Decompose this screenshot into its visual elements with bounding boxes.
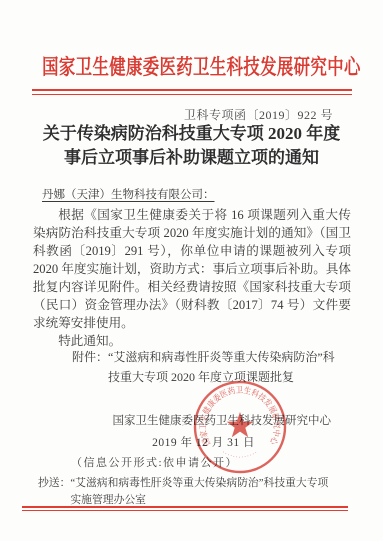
official-seal: 国家卫生健康委医药卫生科技发展研究中心 ············· xyxy=(192,379,288,475)
seal-code: ············· xyxy=(220,450,259,461)
document-title-line1: 关于传染病防治科技重大专项 2020 年度 xyxy=(0,122,383,146)
svg-text:·············: ············· xyxy=(220,450,259,461)
cc-block: 抄送： “艾滋病和病毒性肝炎等重大传染病防治”科技重大专项实施管理办公室 xyxy=(38,475,338,509)
document-number: 卫科专项函〔2019〕922 号 xyxy=(184,106,333,123)
document-title-line2: 事后立项事后补助课题立项的通知 xyxy=(0,146,383,170)
document-title: 关于传染病防治科技重大专项 2020 年度 事后立项事后补助课题立项的通知 xyxy=(0,122,383,170)
body-paragraph: 根据《国家卫生健康委关于将 16 项课题列入重大传染病防治科技重大专项 2020… xyxy=(33,206,351,332)
letterhead-divider xyxy=(32,89,352,95)
recipient-line: 丹娜（天津）生物科技有限公司： xyxy=(42,186,215,202)
cc-text: “艾滋病和病毒性肝炎等重大传染病防治”科技重大专项实施管理办公室 xyxy=(70,475,332,509)
attachment-label: 附件： xyxy=(72,348,108,387)
star-icon xyxy=(227,412,254,437)
body-text: 根据《国家卫生健康委关于将 16 项课题列入重大传染病防治科技重大专项 2020… xyxy=(33,206,351,350)
footer-divider xyxy=(22,506,348,511)
scanned-official-notice: 国家卫生健康委医药卫生科技发展研究中心 卫科专项函〔2019〕922 号 关于传… xyxy=(0,0,383,541)
letterhead-org-name: 国家卫生健康委医药卫生科技发展研究中心 xyxy=(42,51,341,81)
cc-label: 抄送： xyxy=(38,475,70,509)
